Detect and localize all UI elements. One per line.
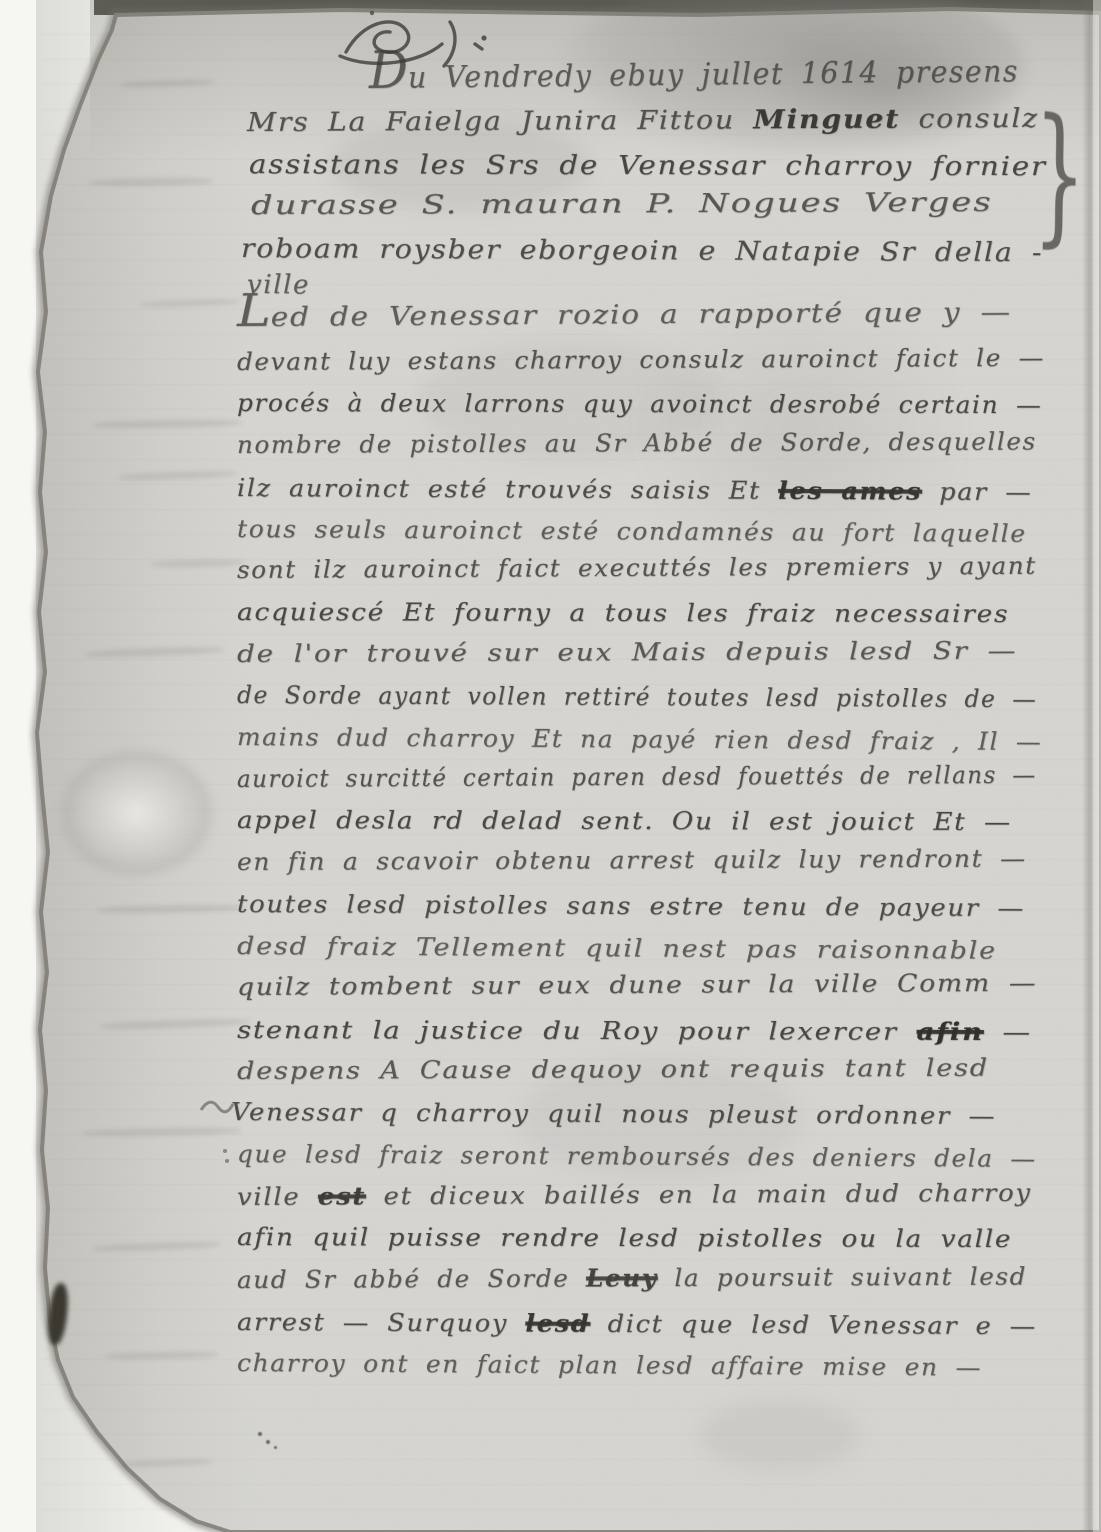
- manuscript-line-text: auroict surcitté certain paren desd foue…: [237, 761, 1037, 793]
- manuscript-line: roboam roysber eborgeoin e Natapie Sr de…: [241, 234, 977, 268]
- manuscript-line: Mrs La Faielga Junira Fittou Minguet con…: [247, 104, 972, 138]
- manuscript-body: Led de Venessar rozio a rapporté que y —…: [0, 0, 1101, 1532]
- paper-sheet: [0, 0, 1101, 1532]
- manuscript-line: quilz tombent sur eux dune sur la ville …: [237, 969, 960, 1001]
- manuscript-line-text: ilz auroinct esté trouvés saisis Et: [237, 474, 778, 505]
- ink-blot-left-edge: [46, 1282, 70, 1346]
- manuscript-line-text: et diceux baillés en la main dud charroy: [366, 1179, 1032, 1210]
- manuscript-line-text: est: [318, 1181, 366, 1210]
- manuscript-line: acquiescé Et fourny a tous les fraiz nec…: [237, 598, 940, 628]
- manuscript-line: durasse S. mauran P. Nogues Verges: [251, 189, 823, 221]
- manuscript-line-text: quilz tombent sur eux dune sur la ville …: [237, 969, 1037, 1001]
- manuscript-line-text: roboam roysber eborgeoin e Natapie Sr de…: [241, 234, 1043, 268]
- manuscript-line-text: ed de Venessar rozio a rapporté que y —: [271, 298, 1012, 333]
- manuscript-line: charroy ont en faict plan lesd affaire m…: [237, 1349, 956, 1381]
- manuscript-line-text: desd fraiz Tellement quil nest pas raiso…: [237, 932, 997, 965]
- manuscript-line: afin quil puisse rendre lesd pistolles o…: [237, 1223, 946, 1253]
- ink-flourish-mark: [332, 0, 507, 80]
- manuscript-line-text: lesd: [525, 1308, 590, 1337]
- manuscript-line-text: acquiescé Et fourny a tous les fraiz nec…: [237, 598, 1009, 628]
- manuscript-initial-letter: L: [237, 284, 271, 337]
- manuscript-line: appel desla rd delad sent. Ou il est jou…: [237, 806, 950, 836]
- manuscript-line-text: consulz: [900, 104, 1039, 135]
- manuscript-line: que lesd fraiz seront remboursés des den…: [237, 1140, 1015, 1173]
- manuscript-line: ilz auroinct esté trouvés saisis Et les …: [237, 473, 987, 506]
- manuscript-line-text: toutes lesd pistolles sans estre tenu de…: [237, 890, 1025, 922]
- manuscript-line-text: tous seuls auroinct esté condamnés au fo…: [237, 515, 1027, 548]
- faint-smudge-bottom: [700, 1400, 860, 1470]
- manuscript-line: despens A Cause dequoy ont requis tant l…: [237, 1054, 903, 1085]
- ink-speckle: [258, 1432, 262, 1436]
- manuscript-line-text: dict que lesd Venessar e —: [590, 1310, 1037, 1340]
- left-gutter-shading: [36, 0, 246, 1532]
- manuscript-line: procés à deux larrons quy avoinct desrob…: [237, 389, 1017, 419]
- manuscript-line-text: durasse S. mauran P. Nogues Verges: [251, 188, 993, 221]
- curly-brace-mark: }: [1032, 87, 1087, 263]
- margin-mark: [198, 1092, 238, 1120]
- manuscript-line: toutes lesd pistolles sans estre tenu de…: [237, 890, 968, 922]
- manuscript-line-text: en fin a scavoir obtenu arrest quilz luy…: [237, 845, 1027, 876]
- manuscript-line-text: despens A Cause dequoy ont requis tant l…: [237, 1053, 989, 1084]
- manuscript-line-text: Minguet: [753, 105, 900, 136]
- manuscript-line-text: par —: [922, 477, 1032, 506]
- manuscript-line-text: Mrs La Faielga Junira Fittou: [247, 105, 753, 138]
- abrasion-patch-left: [34, 728, 239, 898]
- margin-colon-mark: [220, 1146, 234, 1168]
- manuscript-line: auroict surcitté certain paren desd foue…: [237, 760, 1075, 792]
- manuscript-line-text: la poursuit suivant lesd: [658, 1263, 1027, 1293]
- top-shading: [90, 0, 1101, 160]
- manuscript-line-text: de l'or trouvé sur eux Mais depuis lesd …: [237, 636, 1017, 667]
- manuscript-line: nombre de pistolles au Sr Abbé de Sorde,…: [237, 428, 1018, 459]
- manuscript-line-text: assistans les Srs de Venessar charroy fo…: [249, 150, 1047, 182]
- manuscript-header: Du Vendredy ebuy jullet 1614 presensMrs …: [0, 0, 1101, 1532]
- manuscript-initial-letter: D: [369, 41, 409, 101]
- manuscript-line: stenant la justice du Roy pour lexercer …: [237, 1015, 931, 1046]
- manuscript-line-text: mains dud charroy Et na payé rien desd f…: [237, 723, 1042, 756]
- manuscript-line-text: ville: [237, 1182, 318, 1210]
- manuscript-line: mains dud charroy Et na payé rien desd f…: [237, 723, 1017, 756]
- manuscript-line-text: —: [984, 1018, 1032, 1046]
- manuscript-line-text: u Vendredy ebuy jullet 1614 presens: [408, 54, 1019, 95]
- manuscript-line-text: stenant la justice du Roy pour lexercer: [237, 1016, 917, 1046]
- manuscript-line-text: arrest — Surquoy: [237, 1308, 525, 1338]
- manuscript-line-text: Leuy: [586, 1263, 658, 1292]
- manuscript-line: Venessar q charroy quil nous pleust ordo…: [231, 1098, 941, 1130]
- manuscript-line: assistans les Srs de Venessar charroy fo…: [249, 150, 956, 182]
- manuscript-line: de Sorde ayant vollen rettiré toutes les…: [237, 681, 1059, 713]
- stain-top-right: [555, 0, 1025, 160]
- manuscript-line-text: charroy ont en faict plan lesd affaire m…: [237, 1349, 982, 1382]
- manuscript-line: aud Sr abbé de Sorde Leuy la poursuit su…: [237, 1262, 1008, 1294]
- manuscript-line-text: afin quil puisse rendre lesd pistolles o…: [237, 1223, 1012, 1253]
- manuscript-line: Du Vendredy ebuy jullet 1614 presens: [369, 45, 1059, 96]
- manuscript-line: desd fraiz Tellement quil nest pas raiso…: [237, 932, 913, 964]
- top-edge-strip: [94, 0, 1101, 15]
- manuscript-line-text: devant luy estans charroy consulz auroin…: [237, 343, 1045, 375]
- manuscript-line: en fin a scavoir obtenu arrest quilz luy…: [237, 845, 999, 876]
- manuscript-line-text: afin: [916, 1017, 983, 1046]
- right-edge-strip: [1093, 0, 1101, 1532]
- ink-speckle: [274, 1446, 277, 1449]
- manuscript-line-text: que lesd fraiz seront remboursés des den…: [237, 1140, 1037, 1173]
- right-fold-crease: [1082, 0, 1096, 1532]
- manuscript-page-scan: } Du Vendredy ebuy jullet 1614 presensMr…: [0, 0, 1101, 1532]
- stain-mid-right: [630, 295, 970, 565]
- manuscript-line: ville est et diceux baillés en la main d…: [237, 1178, 974, 1211]
- manuscript-line: ville: [247, 270, 310, 300]
- manuscript-line: devant luy estans charroy consulz auroin…: [237, 344, 1024, 376]
- manuscript-line-text: sont ilz auroinct faict executtés les pr…: [237, 552, 1037, 584]
- manuscript-line-text: de Sorde ayant vollen rettiré toutes les…: [237, 681, 1037, 713]
- manuscript-line-text: ville: [247, 270, 310, 300]
- manuscript-line-text: aud Sr abbé de Sorde: [237, 1265, 586, 1295]
- manuscript-line-text: Venessar q charroy quil nous pleust ordo…: [231, 1098, 996, 1130]
- manuscript-line-text: nombre de pistolles au Sr Abbé de Sorde,…: [237, 428, 1037, 459]
- manuscript-line-text: les ames: [778, 476, 922, 506]
- manuscript-line: tous seuls auroinct esté condamnés au fo…: [237, 515, 996, 548]
- ink-speckle: [266, 1440, 270, 1444]
- manuscript-line: sont ilz auroinct faict executtés les pr…: [237, 552, 1017, 584]
- manuscript-line: arrest — Surquoy lesd dict que lesd Vene…: [237, 1307, 988, 1340]
- manuscript-line-text: procés à deux larrons quy avoinct desrob…: [237, 389, 1042, 419]
- laid-paper-texture: [40, 10, 1101, 1532]
- manuscript-line-text: appel desla rd delad sent. Ou il est jou…: [237, 806, 1012, 836]
- manuscript-line: de l'or trouvé sur eux Mais depuis lesd …: [237, 637, 911, 668]
- stain-top-right-small: [760, 25, 1020, 140]
- manuscript-line: Led de Venessar rozio a rapporté que y —: [237, 289, 920, 333]
